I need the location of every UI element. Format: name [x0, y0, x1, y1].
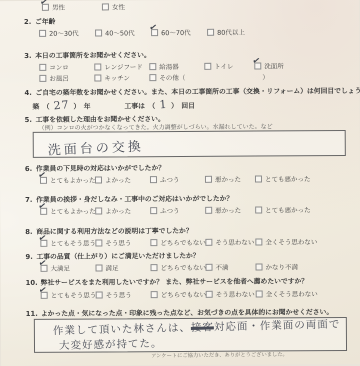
checkbox-icon [205, 264, 212, 271]
checkbox-option[interactable]: ✓とてもそう思う [40, 239, 95, 247]
checkbox-option[interactable]: ✓洗面所 [254, 62, 284, 70]
checkbox-icon [102, 3, 109, 10]
checkbox-icon [206, 291, 213, 298]
question-preview-response: 6.作業員の下見時の対応はいかがでしたか？ ✓とてもよかったよかったふつう悪かっ… [25, 163, 360, 185]
checkbox-icon [256, 290, 263, 297]
checkbox-icon [255, 263, 262, 270]
checkbox-icon [255, 238, 262, 245]
checkbox-label: コンロ [49, 63, 69, 71]
question-number: 9. [25, 253, 33, 261]
checkbox-option[interactable]: トイレ [204, 62, 254, 70]
checkbox-label: どちらでもない [161, 290, 206, 298]
checkbox-icon [150, 239, 157, 246]
struck-out-word: 接客 [191, 321, 214, 334]
checkbox-option[interactable]: どちらでもない [150, 238, 205, 246]
reason-answer-box[interactable]: 洗面台の交換 [33, 130, 346, 158]
checkbox-label: キッチン [104, 74, 130, 82]
checkbox-icon [150, 176, 157, 183]
rating-options-row: ✓とてもそう思うそう思うどちらでもないそう思わない全くそう思わない [26, 289, 360, 300]
checkbox-icon [94, 74, 101, 81]
checkbox-label: どちらでもない [160, 263, 205, 271]
checkbox-option[interactable]: その他（ [149, 73, 204, 81]
checkbox-icon [205, 207, 212, 214]
checkbox-icon [205, 176, 212, 183]
age-field-suffix: ） 年 [73, 100, 90, 110]
checkbox-option[interactable]: コンロ [39, 63, 94, 71]
question-title: 4.ご自宅の築年数をお聞かせください。また、本日の工事箇所の工事（交換・リフォー… [24, 87, 359, 97]
checkbox-option[interactable]: とても悪かった [255, 175, 311, 183]
checkbox-option[interactable]: 20～30代 [39, 29, 95, 37]
question-age: 2.ご年齢 20～30代40～50代✓60～70代80代以上 [24, 16, 359, 38]
gender-options-row: ✓男性女性 [24, 1, 359, 12]
checkbox-icon [151, 291, 158, 298]
rating-options-row: ✓とてもよかったよかったふつう悪かったとても悪かった [25, 205, 360, 216]
question-title: 3.本日の工事箇所をお聞かせください。 [24, 50, 359, 60]
survey-form: ✓男性女性 2.ご年齢 20～30代40～50代✓60～70代80代以上 3.本… [0, 0, 360, 365]
checkbox-icon [207, 29, 214, 36]
checkbox-icon [95, 264, 102, 271]
age-field-prefix: 築 （ [32, 100, 49, 110]
checkbox-option[interactable]: かなり不満 [255, 263, 298, 271]
checkbox-icon [205, 239, 212, 246]
checkbox-label: 男性 [52, 3, 65, 11]
age-options-row: 20～30代40～50代✓60～70代80代以上 [24, 27, 359, 38]
checkbox-option[interactable]: よかった [95, 176, 150, 184]
checkbox-option[interactable]: 女性 [102, 3, 162, 11]
checkbox-label: とても悪かった [265, 175, 311, 183]
checkbox-icon [95, 207, 102, 214]
question-number: 11. [26, 310, 38, 318]
question-title: 2.ご年齢 [24, 16, 359, 26]
checkbox-label: そう思わない [216, 290, 255, 298]
checkbox-icon [95, 176, 102, 183]
checkbox-option[interactable]: そう思う [95, 239, 150, 247]
checkbox-option[interactable]: ✓とてもそう思う [41, 291, 96, 299]
checkbox-option[interactable]: そう思わない [205, 238, 255, 246]
question-number: 7. [25, 196, 33, 204]
checkbox-label: 全くそう思わない [265, 238, 317, 246]
question-reuse-recommend: 10.弊社サービスをまた利用したいですか？ また、弊社サービスを他者へ薦めたいで… [26, 277, 360, 300]
checkbox-option[interactable]: 不満 [205, 263, 255, 271]
checkbox-label: 給湯器 [159, 63, 179, 71]
question-title: 6.作業員の下見時の対応はいかがでしたか？ [25, 163, 360, 173]
checkbox-label: よかった [105, 176, 131, 184]
question-explanation: 8.商品に関する利用方法などの説明は丁寧でしたか？ ✓とてもそう思うそう思うどち… [25, 226, 360, 248]
checkbox-label: かなり不満 [265, 263, 298, 271]
checkbox-label: 不満 [215, 263, 228, 271]
checkbox-label: そう思う [105, 239, 131, 247]
checkbox-label: 全くそう思わない [266, 290, 318, 298]
checkbox-icon [95, 29, 102, 36]
checkbox-option[interactable]: ✓とてもよかった [40, 176, 95, 184]
checkbox-option[interactable]: どちらでもない [150, 263, 205, 271]
checkbox-label: とてもそう思う [51, 291, 97, 299]
checkbox-label: その他（ [159, 73, 185, 81]
checkbox-label: トイレ [214, 62, 233, 70]
rating-options-row: ✓大満足満足どちらでもない不満かなり不満 [25, 262, 360, 273]
checkbox-label: そう思う [106, 291, 132, 299]
work-count-value[interactable]: 1 [159, 98, 168, 112]
question-title: 7.作業員の挨拶・身だしなみ・工事中のご対応はいかがでしたか？ [25, 194, 360, 204]
question-title: 8.商品に関する利用方法などの説明は丁寧でしたか？ [25, 226, 360, 236]
question-quality: 9.工事の品質（仕上がり）にご満足いただけましたか？ ✓大満足満足どちらでもない… [25, 251, 360, 273]
checkbox-icon [94, 63, 101, 70]
checkbox-option[interactable]: ✓大満足 [40, 264, 95, 272]
rating-options-row: ✓とてもよかったよかったふつう悪かったとても悪かった [25, 174, 360, 185]
checkbox-option[interactable]: ✓男性 [42, 3, 102, 11]
count-field-prefix: 工事は （ [124, 100, 155, 110]
location-options-row-1: コンロレンジフード給湯器トイレ✓洗面所 [24, 61, 359, 72]
checkbox-option[interactable]: 給湯器 [149, 62, 204, 70]
checkbox-option[interactable]: どちらでもない [151, 290, 206, 298]
checkbox-label: よかった [105, 207, 131, 215]
checkbox-label: 大満足 [50, 264, 70, 272]
checkbox-option[interactable]: レンジフード [94, 63, 149, 71]
question-number: 10. [26, 279, 38, 287]
checkbox-label: 悪かった [215, 175, 241, 183]
checkbox-option[interactable]: そう思わない [206, 290, 256, 298]
checkmark-icon: ✓ [38, 234, 47, 244]
checkbox-label: お風呂 [49, 74, 69, 82]
checkbox-icon [39, 30, 46, 37]
checkbox-label: 洗面所 [264, 62, 284, 70]
checkbox-label: ふつう [160, 207, 180, 215]
checkbox-option[interactable]: 悪かった [205, 175, 255, 183]
checkbox-option[interactable]: 40～50代 [95, 29, 151, 37]
other-close-paren: ） [262, 72, 269, 81]
checkbox-option[interactable]: ふつう [150, 206, 205, 214]
checkbox-icon [255, 206, 262, 213]
checkbox-option[interactable]: 全くそう思わない [255, 238, 317, 246]
question-worker-manner: 7.作業員の挨拶・身だしなみ・工事中のご対応はいかがでしたか？ ✓とてもよかった… [25, 194, 360, 216]
checkbox-label: ふつう [160, 176, 180, 184]
checkbox-option[interactable]: ✓60～70代 [151, 28, 207, 36]
building-age-fields: 築 （ 27 ） 年 工事は （ 1 ） 回目 [24, 98, 359, 111]
checkbox-icon [255, 175, 262, 182]
question-number: 5. [25, 116, 33, 124]
rating-options-row: ✓とてもそう思うそう思うどちらでもないそう思わない全くそう思わない [25, 237, 360, 248]
question-building-age: 4.ご自宅の築年数をお聞かせください。また、本日の工事箇所の工事（交換・リフォー… [24, 87, 359, 111]
comment-answer-box[interactable]: 作業して頂いた林さんは、接客対応面・作業面の両面で 大変好感が持てた。 [34, 317, 347, 353]
checkbox-label: 満足 [105, 264, 118, 272]
checkbox-label: どちらでもない [160, 238, 205, 246]
checkbox-label: とてもよかった [50, 176, 96, 184]
checkbox-icon [95, 239, 102, 246]
location-options-row-2: ） お風呂キッチンその他（ [24, 72, 359, 83]
checkbox-label: 女性 [112, 3, 125, 11]
checkmark-icon: ✓ [251, 56, 260, 66]
question-number: 2. [24, 18, 32, 26]
thank-you-footer: アンケートにご協力いただき、ありがとうございました。 [151, 351, 288, 360]
checkbox-option[interactable]: 80代以上 [207, 28, 257, 36]
checkbox-option[interactable]: お風呂 [39, 74, 94, 82]
checkbox-icon [150, 207, 157, 214]
question-number: 8. [25, 228, 33, 236]
checkbox-option[interactable]: ✓とてもよかった [40, 207, 95, 215]
checkbox-label: そう思わない [215, 238, 254, 246]
building-age-value[interactable]: 27 [53, 98, 70, 112]
checkbox-label: 40～50代 [105, 29, 135, 37]
checkbox-label: 悪かった [215, 206, 241, 214]
checkbox-option[interactable]: キッチン [94, 74, 149, 82]
checkbox-icon [39, 64, 46, 71]
checkbox-label: 80代以上 [217, 28, 245, 36]
checkmark-icon: ✓ [38, 286, 47, 296]
question-reason: 5.工事を依頼した理由をお聞かせください。 （例）コンロの火がつかなくなってきた… [25, 114, 360, 158]
checkbox-icon [39, 75, 46, 82]
checkbox-option[interactable]: 全くそう思わない [256, 290, 318, 298]
checkbox-label: とてもそう思う [50, 239, 96, 247]
checkbox-label: 20～30代 [49, 29, 79, 37]
question-title: 9.工事の品質（仕上がり）にご満足いただけましたか？ [25, 251, 360, 261]
checkbox-option[interactable]: 満足 [95, 264, 150, 272]
checkbox-icon [96, 291, 103, 298]
checkbox-icon [149, 74, 156, 81]
question-title: 10.弊社サービスをまた利用したいですか？ また、弊社サービスを他者へ薦めたいで… [26, 277, 360, 287]
checkbox-option[interactable]: とても悪かった [255, 206, 311, 214]
handwritten-reason: 洗面台の交換 [47, 136, 144, 159]
checkbox-label: 60～70代 [161, 28, 191, 36]
checkbox-label: とてもよかった [50, 207, 96, 215]
checkbox-option[interactable]: 悪かった [205, 206, 255, 214]
count-field-suffix: ） 回目 [171, 99, 195, 109]
checkbox-option[interactable]: そう思う [96, 291, 151, 299]
checkbox-label: レンジフード [104, 63, 143, 71]
question-work-location: 3.本日の工事箇所をお聞かせください。 コンロレンジフード給湯器トイレ✓洗面所 … [24, 50, 359, 83]
checkbox-option[interactable]: ふつう [150, 175, 205, 183]
checkbox-icon [204, 63, 211, 70]
checkbox-icon [149, 63, 156, 70]
question-number: 6. [25, 165, 33, 173]
question-free-comment: 11.よかった点・気になった点・印象に残った点など、お気づきの点を具体的にお聞か… [26, 308, 360, 353]
checkbox-label: とても悪かった [265, 206, 311, 214]
checkbox-option[interactable]: よかった [95, 207, 150, 215]
question-number: 4. [24, 89, 32, 97]
checkbox-icon [150, 264, 157, 271]
question-number: 3. [24, 52, 32, 60]
